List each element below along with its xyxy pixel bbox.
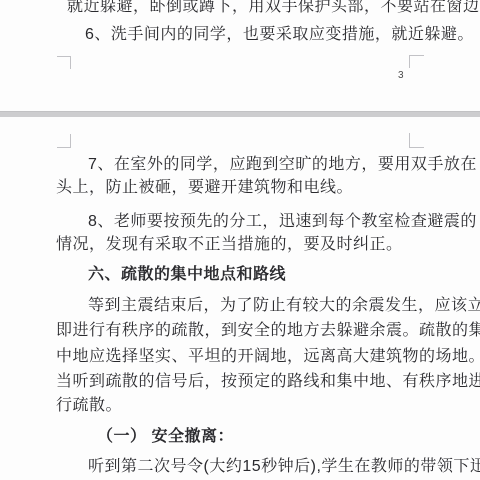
document-line: 8、老师要按预先的分工，迅速到每个教室检查避震的 bbox=[88, 211, 477, 233]
page-3: 就近躲避，卧倒或蹲下，用双手保护头部，不要站在窗边。 6、洗手间内的同学，也要采… bbox=[0, 0, 480, 111]
document-line: 6、洗手间内的同学，也要采取应变措施，就近躲避。 bbox=[85, 24, 474, 46]
document-line: 听到第二次号令(大约15秒钟后),学生在教师的带领下迅 bbox=[88, 456, 480, 478]
document-line: 行疏散。 bbox=[56, 395, 122, 417]
document-line: 情况，发现有采取不正当措施的，要及时纠正。 bbox=[56, 234, 403, 256]
text-boundary-mark-top-left bbox=[57, 134, 71, 148]
document-line: 等到主震结束后，为了防止有较大的余震发生，应该立 bbox=[88, 295, 480, 317]
document-viewer: 就近躲避，卧倒或蹲下，用双手保护头部，不要站在窗边。 6、洗手间内的同学，也要采… bbox=[0, 0, 480, 480]
text-boundary-mark-top-right bbox=[409, 133, 424, 148]
document-line: 就近躲避，卧倒或蹲下，用双手保护头部，不要站在窗边。 bbox=[67, 0, 480, 18]
document-line: 7、在室外的同学，应跑到空旷的地方，要用双手放在 bbox=[88, 154, 477, 176]
text-boundary-mark-bottom-left bbox=[57, 56, 71, 69]
page-number: 3 bbox=[398, 71, 404, 81]
subsection-heading: （一） 安全撤离： bbox=[97, 426, 234, 448]
page-4: 7、在室外的同学，应跑到空旷的地方，要用双手放在 头上，防止被砸，要避开建筑物和… bbox=[0, 117, 480, 480]
text-boundary-mark-bottom-right bbox=[409, 55, 424, 68]
section-heading: 六、疏散的集中地点和路线 bbox=[88, 264, 286, 286]
document-line: 当听到疏散的信号后，按预定的路线和集中地、有秩序地进 bbox=[56, 371, 480, 393]
document-line: 头上，防止被砸，要避开建筑物和电线。 bbox=[56, 177, 353, 199]
document-line: 即进行有秩序的疏散，到安全的地方去躲避余震。疏散的集 bbox=[56, 320, 480, 342]
document-line: 中地应选择坚实、平坦的开阔地，远离高大建筑物的场地。 bbox=[56, 346, 480, 368]
